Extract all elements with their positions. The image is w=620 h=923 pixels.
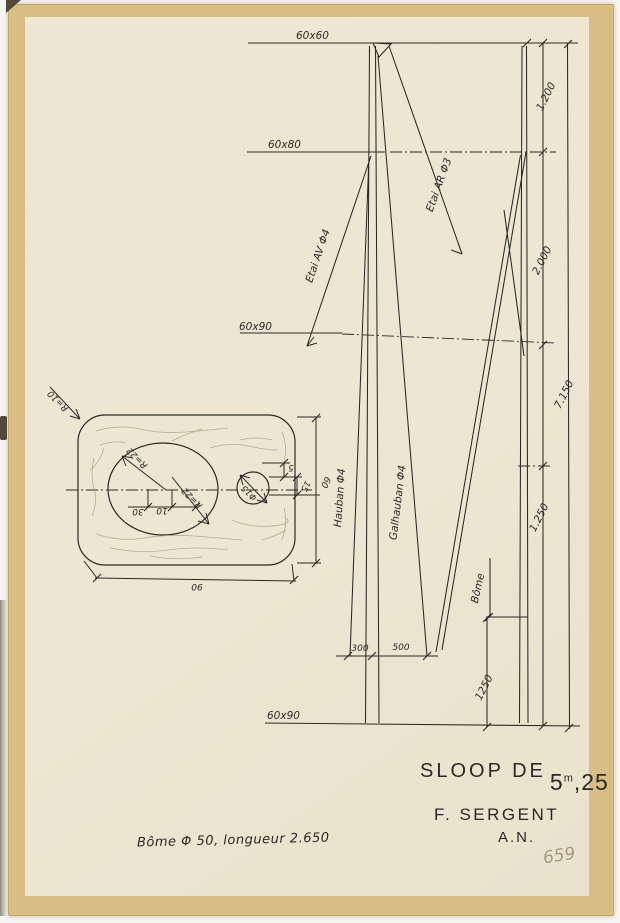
size-integer: 5: [550, 769, 564, 795]
centerline-dash-dot: [66, 152, 556, 490]
label-section-60x90-base: 60x90: [267, 710, 300, 722]
label-hauban: Hauban Φ4: [332, 468, 348, 528]
sec-offset-30: 30: [132, 506, 144, 516]
title-block: SLOOP DE 5m,25 F. SERGENT A.N.: [420, 760, 609, 846]
dim-7150-overall: 7.150: [552, 378, 576, 411]
dimension-ticks: [93, 39, 573, 732]
sec-slot-height: 15: [298, 479, 312, 493]
label-section-60x90-mid: 60x90: [239, 321, 272, 333]
label-etai-av: Etai AV Φ4: [303, 228, 332, 284]
dim-1200: 1.200: [534, 80, 558, 113]
architect-initials: A.N.: [498, 829, 609, 846]
dim-500: 500: [392, 643, 409, 653]
label-etai-ar: Etai AR Φ3: [424, 157, 454, 214]
stay-arrowheads: [307, 243, 462, 346]
boat-size: 5m,25: [550, 769, 609, 796]
sec-height-60: 60: [318, 475, 332, 490]
sec-hole-diameter: Φ15: [240, 483, 259, 502]
label-galhauban: Galhauban Φ4: [387, 465, 408, 541]
dim-1250-mid: 1.250: [527, 501, 551, 534]
size-unit-sup: m: [564, 772, 574, 784]
dim-2000: 2.000: [530, 244, 554, 277]
mast-section-detail: [50, 387, 321, 581]
boat-type: SLOOP DE: [420, 760, 546, 783]
dim-300: 300: [351, 644, 368, 654]
sec-oval-radius-lower: R=22: [180, 485, 205, 510]
mast-linework: [66, 39, 580, 732]
drawing-title: SLOOP DE 5m,25: [420, 760, 609, 796]
size-decimal: ,25: [574, 769, 609, 795]
sec-width-90: 90: [191, 581, 203, 591]
sec-slot-offset: 5: [288, 462, 293, 472]
label-bome: Bôme: [469, 572, 488, 604]
scanned-drawing-page: 60x60 60x80 60x90 60x90 Etai AV Φ4 Etai …: [0, 0, 620, 923]
label-section-60x80: 60x80: [268, 139, 301, 151]
architect-name: F. SERGENT: [434, 805, 609, 825]
label-section-60x60: 60x60: [296, 30, 329, 42]
section-dims-linework: [50, 387, 321, 581]
sec-corner-radius: R=10: [46, 388, 71, 413]
dim-1250-boom: 1250: [473, 673, 496, 703]
sec-offset-10: 10: [156, 505, 168, 515]
